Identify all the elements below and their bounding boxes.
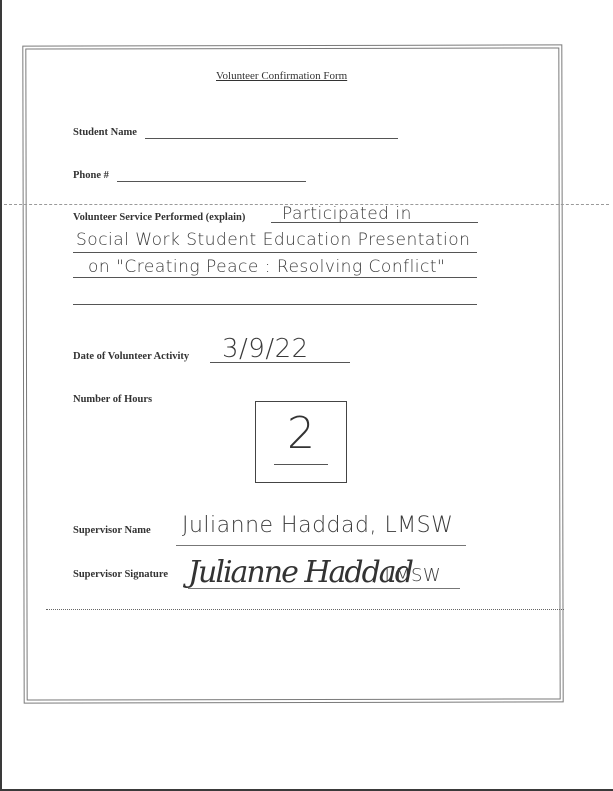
service-line-2[interactable]	[73, 252, 477, 253]
supervisor-name-label: Supervisor Name	[73, 525, 151, 536]
student-name-label: Student Name	[73, 127, 137, 138]
hours-label: Number of Hours	[73, 394, 152, 405]
hours-box[interactable]: 2	[255, 401, 347, 483]
date-value: 3/9/22	[222, 334, 309, 364]
phone-label: Phone #	[73, 170, 109, 181]
service-performed-label: Volunteer Service Performed (explain)	[73, 212, 245, 223]
supervisor-signature-label: Supervisor Signature	[73, 569, 168, 580]
bottom-divider	[46, 609, 564, 610]
supervisor-name-value: Julianne Haddad, LMSW	[182, 513, 453, 538]
student-name-field[interactable]	[145, 138, 398, 139]
hours-underline	[274, 464, 328, 465]
service-line-3[interactable]	[73, 277, 477, 278]
service-text-line-1: Participated in	[282, 204, 412, 224]
supervisor-signature-suffix: , LMSW	[372, 565, 441, 586]
supervisor-name-field[interactable]	[176, 545, 466, 546]
form-title: Volunteer Confirmation Form	[216, 70, 347, 82]
service-text-line-2: Social Work Student Education Presentati…	[76, 230, 470, 250]
form-border	[22, 44, 563, 703]
hours-value: 2	[256, 408, 346, 459]
phone-field[interactable]	[117, 181, 306, 182]
service-line-4[interactable]	[73, 304, 477, 305]
service-text-line-3: on "Creating Peace : Resolving Conflict"	[88, 257, 445, 277]
date-label: Date of Volunteer Activity	[73, 351, 189, 362]
